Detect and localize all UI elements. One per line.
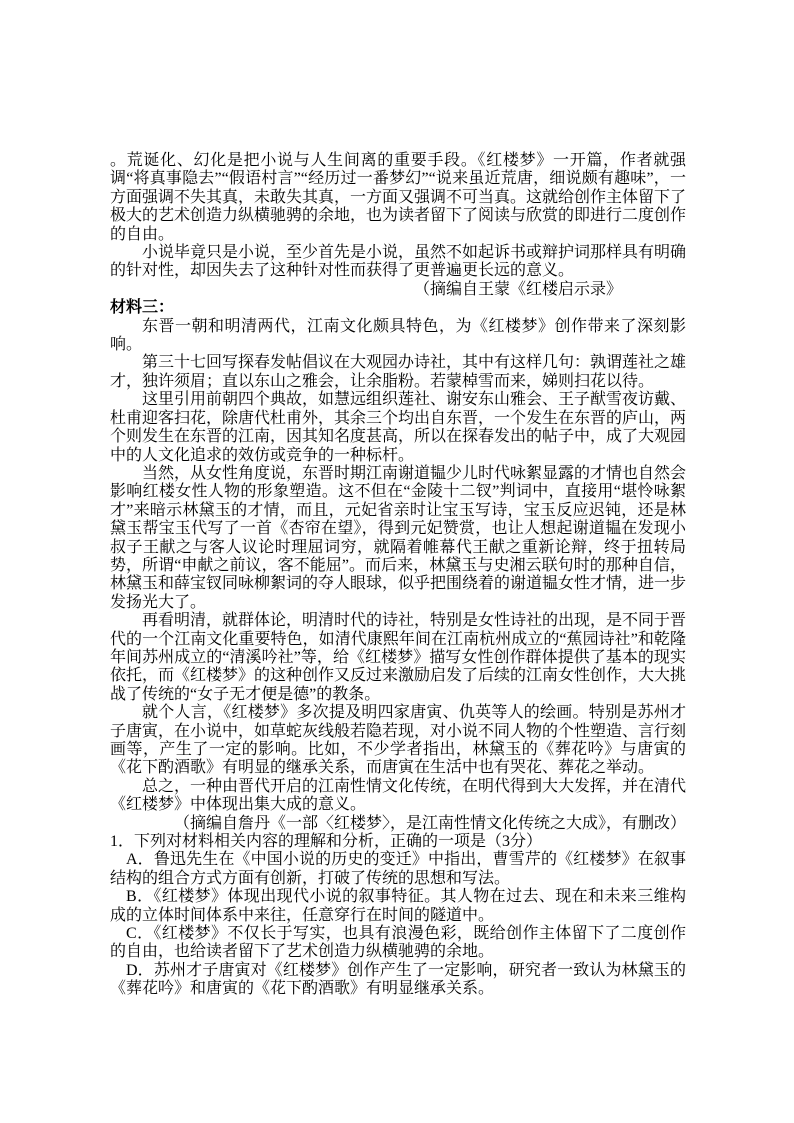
material-three-paragraph-2: 第三十七回写探春发帖倡议在大观园办诗社，其中有这样几句：孰谓莲社之雄才，独许须眉… — [110, 354, 686, 391]
material-three-paragraph-4: 当然，从女性角度说，东晋时期江南谢道韫少儿时代咏絮显露的才情也自然会影响红楼女性… — [110, 465, 686, 612]
question-1-stem: 1．下列对材料相关内容的理解和分析，正确的一项是（3分） — [110, 833, 686, 851]
material-three-attribution: （摘编自詹丹《一部〈红楼梦〉，是江南性情文化传统之大成》，有删改） — [110, 815, 686, 833]
material-three-paragraph-5: 再看明清，就群体论，明清时代的诗社，特别是女性诗社的出现，是不同于晋代的一个江南… — [110, 612, 686, 704]
material-three-heading: 材料三： — [110, 299, 686, 317]
material-three-paragraph-1: 东晋一朝和明清两代，江南文化颇具特色，为《红楼梦》创作带来了深刻影响。 — [110, 318, 686, 355]
material-two-attribution: （摘编自王蒙《红楼启示录》 — [110, 281, 686, 299]
question-1-option-c: C．《红楼梦》不仅长于写实，也具有浪漫色彩，既给创作主体留下了二度创作的自由，也… — [110, 925, 686, 962]
question-1-option-d: D．苏州才子唐寅对《红楼梦》创作产生了一定影响，研究者一致认为林黛玉的《葬花吟》… — [110, 962, 686, 999]
question-1-option-b: B．《红楼梦》体现出现代小说的叙事特征。其人物在过去、现在和未来三维构成的立体时… — [110, 888, 686, 925]
material-two-continuation-paragraph: 。荒诞化、幻化是把小说与人生间离的重要手段。《红楼梦》一开篇，作者就强调“将真事… — [110, 152, 686, 244]
material-three-paragraph-6: 就个人言，《红楼梦》多次提及明四家唐寅、仇英等人的绘画。特别是苏州才子唐寅，在小… — [110, 704, 686, 778]
material-two-final-paragraph: 小说毕竟只是小说，至少首先是小说，虽然不如起诉书或辩护词那样具有明确的针对性，却… — [110, 244, 686, 281]
material-three-paragraph-7: 总之，一种由晋代开启的江南性情文化传统，在明代得到大大发挥，并在清代《红楼梦》中… — [110, 778, 686, 815]
question-1-option-a: A．鲁迅先生在《中国小说的历史的变迁》中指出，曹雪芹的《红楼梦》在叙事结构的组合… — [110, 851, 686, 888]
material-three-paragraph-3: 这里引用前朝四个典故，如慧远组织莲社、谢安东山雅会、王子猷雪夜访戴、杜甫迎客扫花… — [110, 391, 686, 465]
exam-document-page: 。荒诞化、幻化是把小说与人生间离的重要手段。《红楼梦》一开篇，作者就强调“将真事… — [110, 152, 686, 999]
